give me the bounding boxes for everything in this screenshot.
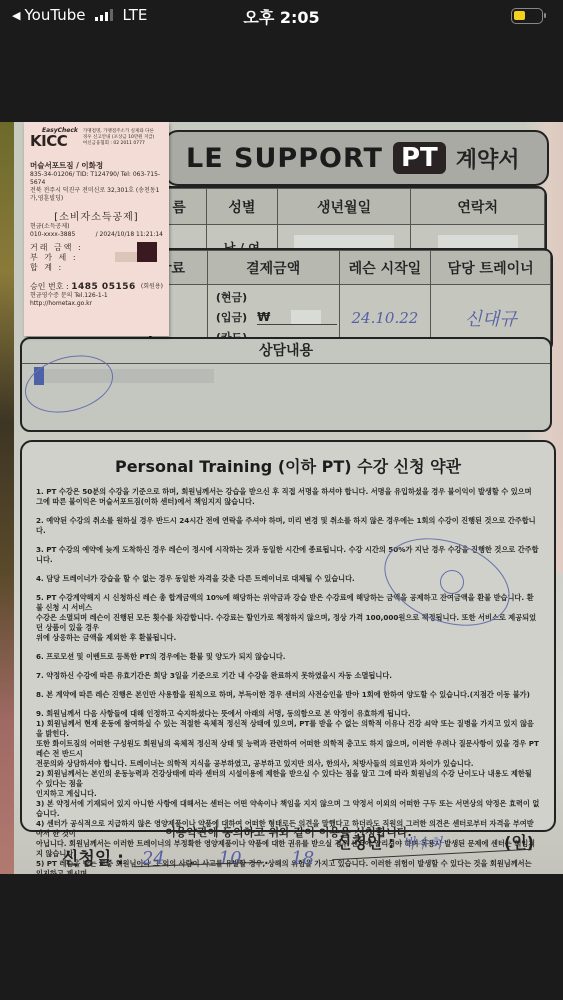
title-pt-badge: PT — [393, 142, 446, 174]
title-korean: 계약서 — [456, 143, 520, 174]
date-separator: . — [189, 848, 195, 869]
header-birthdate: 생년월일 — [277, 189, 411, 225]
applicant-signature: 박수하 — [402, 833, 443, 853]
approval-number: 1485 05156 — [71, 282, 136, 292]
receipt-type: [소비자소득공제] — [30, 208, 163, 223]
store-address: 전북 전주시 덕진구 전미신로 32,301호 (송천동1가,영훈빌딩) — [30, 187, 163, 203]
lesson-start-date: 24.10.22 — [352, 309, 419, 327]
header-payment-amount: 결제금액 — [207, 251, 339, 285]
copy-label: (회원용) — [141, 281, 163, 292]
receipt-inquiry: 현금영수증 문의 Tel.126-1-1 — [30, 292, 163, 300]
term-8: 8. 본 계약에 따른 레슨 진행은 본인만 사용함을 원칙으로 하며, 부득이… — [36, 690, 540, 700]
term-2: 2. 예약된 수강의 취소를 원하실 경우 반드시 24시간 전에 연락을 주셔… — [36, 516, 540, 536]
application-month: 10 — [219, 848, 242, 869]
date-separator: . — [264, 848, 270, 869]
consultation-box: 상담내용 — [20, 337, 552, 432]
contract-photo[interactable]: LE SUPPORT PT 계약서 름 성별 생년월일 연락처 남 / 여 — [0, 122, 563, 874]
agreement-statement: 이용약관에 동의하고 위와 같이 이용을 신청합니다. — [14, 824, 563, 840]
applicant-row: 신청인 : 박수하 — [336, 830, 443, 853]
header-contact: 연락처 — [411, 189, 545, 225]
header-lesson-start: 레슨 시작일 — [339, 251, 431, 285]
phone-masked: 010-xxxx-3885 — [30, 231, 75, 239]
title-text: LE SUPPORT — [186, 143, 383, 174]
store-name: 머슬서포트짐 / 이화정 — [30, 160, 163, 171]
cash-type: 현금(소득공제) — [30, 223, 163, 231]
application-day: 18 — [291, 848, 314, 869]
hometax-website: http://hometax.go.kr — [30, 300, 163, 308]
cash-receipt: EasyCheck KICC 가맹점명, 가맹점주소가 실제와 다른 경우 신고… — [24, 122, 169, 336]
store-registration: 835-34-01206/ TID: T124790/ Tel: 063-715… — [30, 171, 163, 187]
status-bar: ◀ YouTube LTE 오후 2:05 — [0, 0, 563, 34]
clock: 오후 2:05 — [0, 5, 563, 28]
kicc-logo: EasyCheck KICC — [30, 128, 78, 149]
won-symbol: ₩ — [257, 310, 270, 324]
payment-method-cash: (현금) — [216, 288, 247, 308]
issuer-notice: 가맹점명, 가맹점주소가 실제와 다른 경우 신고안내 (포상금 10만원 지급… — [83, 129, 154, 147]
logo-title: KICC — [30, 134, 78, 149]
terms-box: Personal Training (이하 PT) 수강 신청 약관 1. PT… — [20, 440, 556, 832]
redacted-amount — [115, 252, 137, 262]
applicant-label: 신청인 : — [336, 830, 394, 853]
approval-label: 승인 번호 : — [30, 282, 69, 291]
header-gender: 성별 — [207, 189, 278, 225]
term-1: 1. PT 수강은 50분의 수강을 기준으로 하며, 회원님께서는 강습을 받… — [36, 487, 540, 507]
transaction-datetime: / 2024/10/18 11:21:14 — [96, 231, 163, 239]
amount-field: ₩ — [257, 310, 337, 326]
payment-method-transfer: (입금) — [216, 308, 247, 328]
term-6: 6. 프로모션 및 이벤트로 등록한 PT의 경우에는 환불 및 양도가 되지 … — [36, 652, 540, 662]
header-trainer: 담당 트레이너 — [431, 251, 551, 285]
term-7: 7. 약정하신 수강에 따른 유효기간은 회당 3일을 기준으로 기간 내 수강… — [36, 671, 540, 681]
total-label: 합 계 : — [30, 263, 163, 273]
battery-icon — [511, 8, 543, 24]
background-edge — [0, 122, 14, 874]
pen-small-circle — [440, 570, 464, 594]
application-date-label: 신청일 : — [62, 844, 124, 869]
issuer-line: 여신금융협회 : 02 2011 0777 — [83, 141, 154, 147]
trainer-name: 신대규 — [465, 309, 517, 330]
contract-title-bar: LE SUPPORT PT 계약서 — [164, 130, 549, 186]
terms-title: Personal Training (이하 PT) 수강 신청 약관 — [36, 454, 540, 477]
redacted-total — [137, 242, 157, 262]
